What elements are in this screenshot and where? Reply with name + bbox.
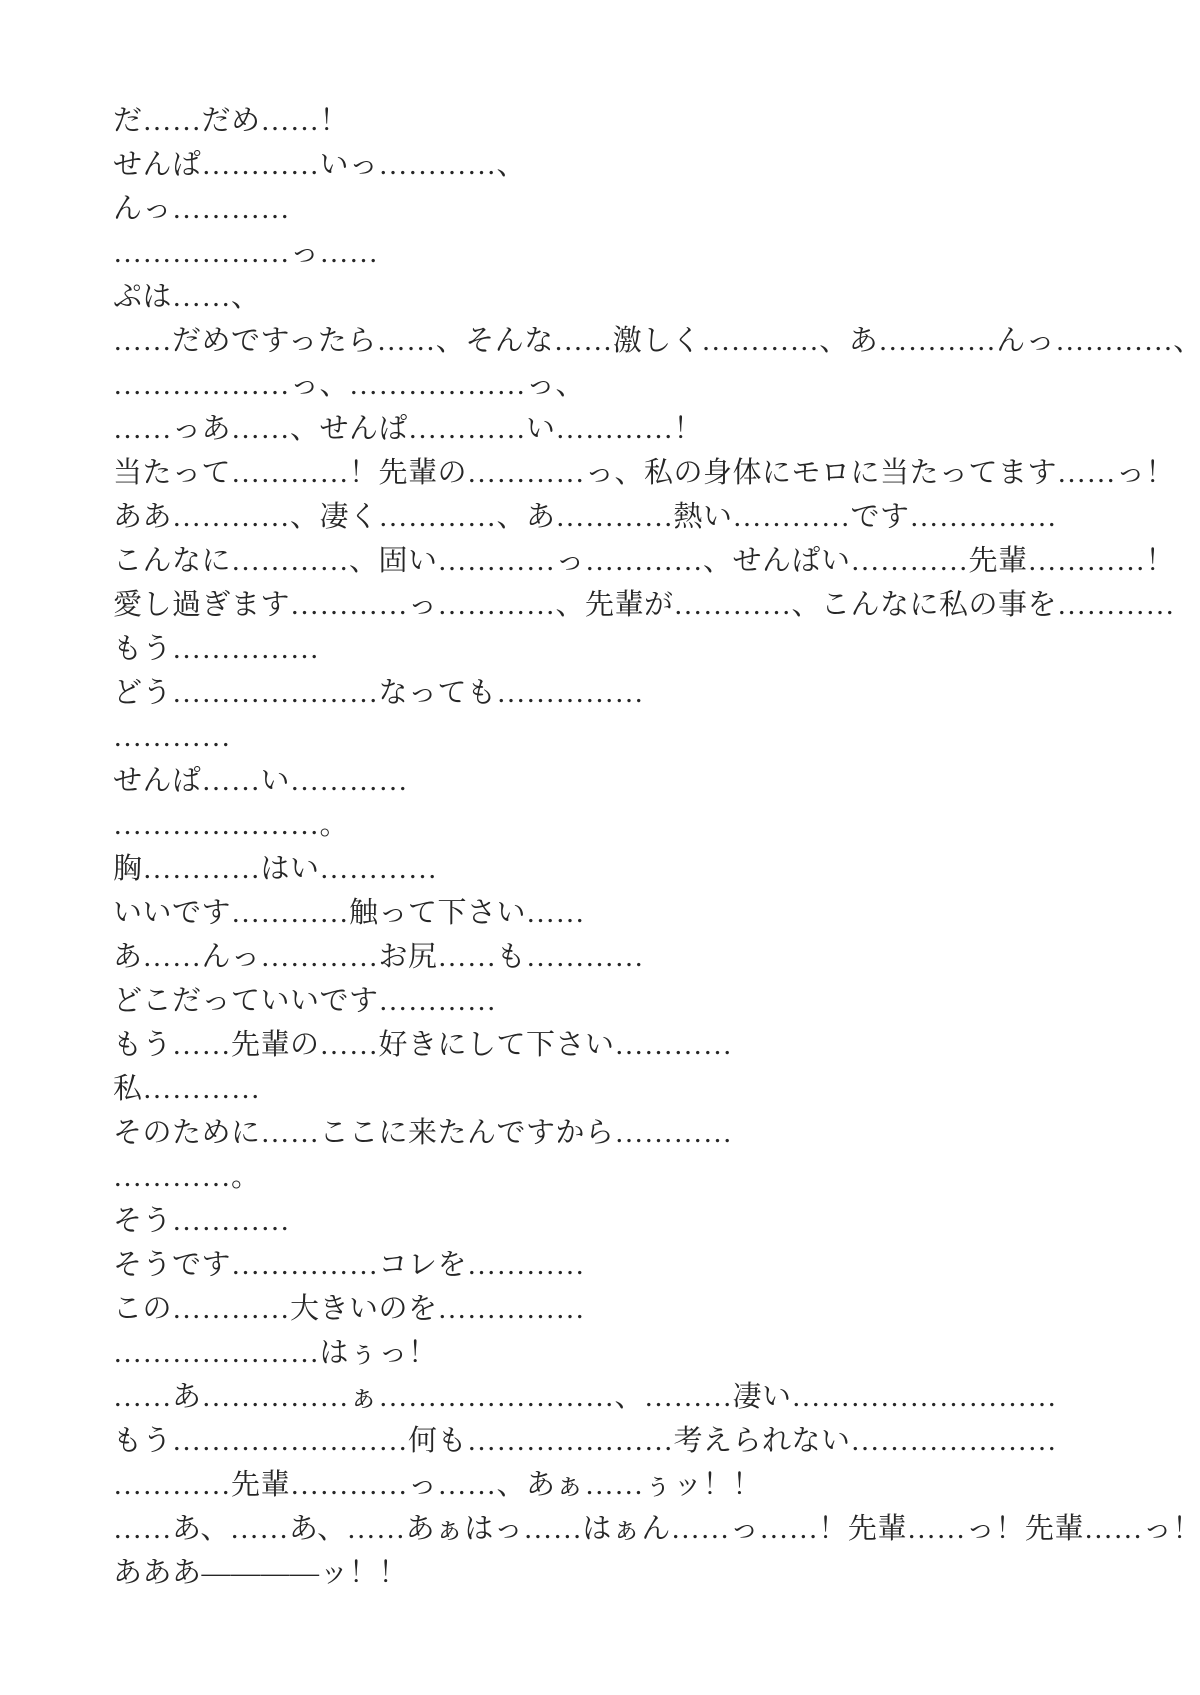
dialogue-line: もう……………………何も…………………考えられない………………… [113,1419,1170,1463]
dialogue-line: どう…………………なっても…………… [113,671,1170,715]
dialogue-line: どこだっていいです………… [113,979,1170,1023]
dialogue-line: こんなに…………、固い…………っ…………、せんぱい…………先輩…………！ [113,539,1170,583]
dialogue-line: ……っあ……、せんぱ…………い…………！ [113,407,1170,451]
dialogue-line: せんぱ…………いっ…………、 [113,143,1170,187]
dialogue-line: そのために……ここに来たんですから………… [113,1111,1170,1155]
dialogue-line: そう………… [113,1199,1170,1243]
dialogue-line: …………。 [113,1155,1170,1199]
dialogue-line: 私………… [113,1067,1170,1111]
dialogue-line: ………… [113,715,1170,759]
dialogue-line: んっ………… [113,187,1170,231]
dialogue-line: …………………はぅっ！ [113,1331,1170,1375]
dialogue-line: もう…………… [113,627,1170,671]
dialogue-line: あ……んっ…………お尻……も………… [113,935,1170,979]
dialogue-line: あああ――――ッ！！ [113,1551,1170,1595]
dialogue-line: もう……先輩の……好きにして下さい………… [113,1023,1170,1067]
dialogue-line: 当たって…………！先輩の…………っ、私の身体にモロに当たってます……っ！ [113,451,1170,495]
dialogue-line: ぷは……、 [113,275,1170,319]
dialogue-line: 愛し過ぎます…………っ…………、先輩が…………、こんなに私の事を………… [113,583,1170,627]
dialogue-line: ああ…………、凄く…………、あ…………熱い…………です…………… [113,495,1170,539]
dialogue-line: そうです……………コレを………… [113,1243,1170,1287]
dialogue-line: いいです…………触って下さい…… [113,891,1170,935]
dialogue-line: …………先輩…………っ……、あぁ……ぅッ！！ [113,1463,1170,1507]
dialogue-line: せんぱ……い………… [113,759,1170,803]
dialogue-line: ……だめですったら……、そんな……激しく…………、あ…………んっ…………、 [113,319,1170,363]
document-page: だ……だめ……！ せんぱ…………いっ…………、 んっ………… ………………っ……… [0,0,1200,1695]
dialogue-line: ……あ……………ぁ……………………、………凄い……………………… [113,1375,1170,1419]
dialogue-line: 胸…………はい………… [113,847,1170,891]
dialogue-line: ……あ、……あ、……あぁはっ……はぁん……っ……！先輩……っ！先輩……っ！ [113,1507,1170,1551]
dialogue-line: ………………っ…… [113,231,1170,275]
dialogue-line: …………………。 [113,803,1170,847]
dialogue-line: ………………っ、………………っ、 [113,363,1170,407]
dialogue-text-block: だ……だめ……！ せんぱ…………いっ…………、 んっ………… ………………っ……… [113,99,1170,1595]
dialogue-line: この…………大きいのを…………… [113,1287,1170,1331]
dialogue-line: だ……だめ……！ [113,99,1170,143]
